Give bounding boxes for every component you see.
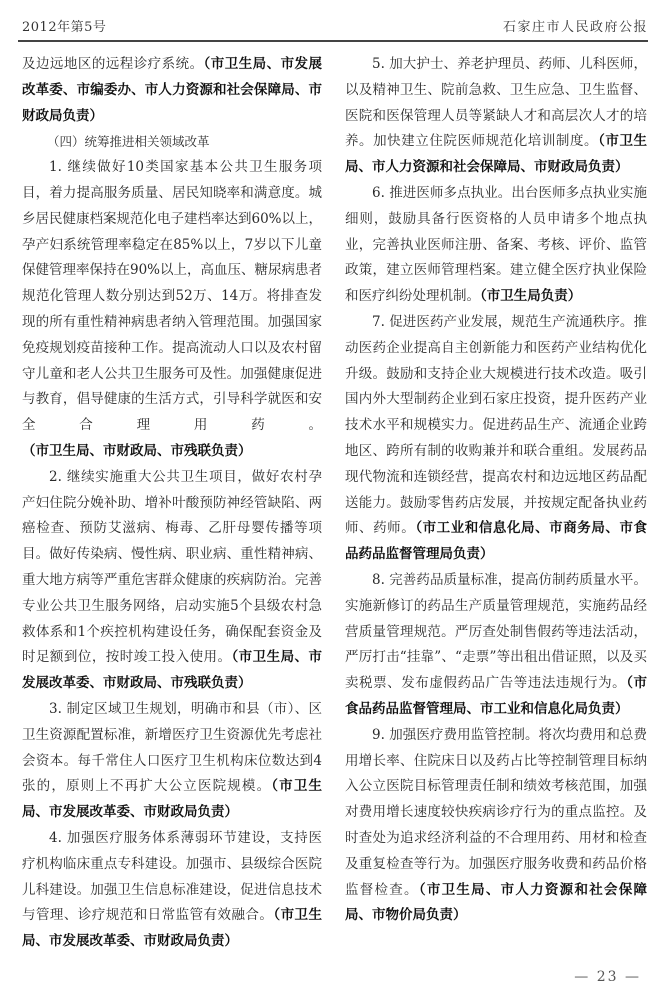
right-column: 5. 加大护士、养老护理员、药师、儿科医师，以及精神卫生、院前急救、卫生应急、卫…: [345, 52, 647, 929]
paragraph-text: 9. 加强医疗费用监管控制。将次均费用和总费用增长率、住院床日以及药占比等控制管…: [345, 727, 647, 898]
left-column: 及边远地区的远程诊疗系统。（市卫生局、市发展改革委、市编委办、市人力资源和社会保…: [22, 52, 322, 955]
paragraph-text: 7. 促进医药产业发展，规范生产流通秩序。推动医药企业提高自主创新能力和医药产业…: [345, 314, 647, 536]
paragraph-text: 6. 推进医师多点执业。出台医师多点执业实施细则，鼓励具备行医资格的人员申请多个…: [345, 185, 647, 304]
publication-title: 石家庄市人民政府公报: [503, 16, 648, 35]
responsible-departments: （市卫生局负责）: [480, 288, 581, 304]
paragraph-text: 2. 继续实施重大公共卫生项目，做好农村孕产妇住院分娩补助、增补叶酸预防神经管缺…: [22, 469, 322, 666]
item-6: 6. 推进医师多点执业。出台医师多点执业实施细则，鼓励具备行医资格的人员申请多个…: [345, 181, 647, 310]
item-8: 8. 完善药品质量标准，提高仿制药质量水平。实施新修订的药品生产质量管理规范，实…: [345, 568, 647, 723]
paragraph-text: 8. 完善药品质量标准，提高仿制药质量水平。实施新修订的药品生产质量管理规范，实…: [345, 572, 647, 691]
item-7: 7. 促进医药产业发展，规范生产流通秩序。推动医药企业提高自主创新能力和医药产业…: [345, 310, 647, 568]
item-2: 2. 继续实施重大公共卫生项目，做好农村孕产妇住院分娩补助、增补叶酸预防神经管缺…: [22, 465, 322, 697]
continuation-paragraph: 及边远地区的远程诊疗系统。（市卫生局、市发展改革委、市编委办、市人力资源和社会保…: [22, 52, 322, 129]
header-divider: [18, 40, 648, 42]
issue-label: 2012年第5号: [22, 16, 106, 35]
section-heading: （四）统筹推进相关领域改革: [22, 129, 322, 155]
item-3: 3. 制定区域卫生规划，明确市和县（市）、区卫生资源配置标准，新增医疗卫生资源优…: [22, 697, 322, 826]
item-1: 1. 继续做好10类国家基本公共卫生服务项目，着力提高服务质量、居民知晓率和满意…: [22, 155, 322, 465]
item-4: 4. 加强医疗服务体系薄弱环节建设，支持医疗机构临床重点专科建设。加强市、县级综…: [22, 826, 322, 955]
page-header: 2012年第5号 石家庄市人民政府公报: [18, 12, 648, 36]
paragraph-text: 1. 继续做好10类国家基本公共卫生服务项目，着力提高服务质量、居民知晓率和满意…: [22, 159, 322, 433]
item-9: 9. 加强医疗费用监管控制。将次均费用和总费用增长率、住院床日以及药占比等控制管…: [345, 723, 647, 929]
paragraph-text: 及边远地区的远程诊疗系统。: [22, 56, 204, 72]
responsible-departments: （市卫生局、市财政局、市残联负责）: [22, 443, 252, 459]
item-5: 5. 加大护士、养老护理员、药师、儿科医师，以及精神卫生、院前急救、卫生应急、卫…: [345, 52, 647, 181]
page-number: — 23 —: [574, 969, 641, 985]
